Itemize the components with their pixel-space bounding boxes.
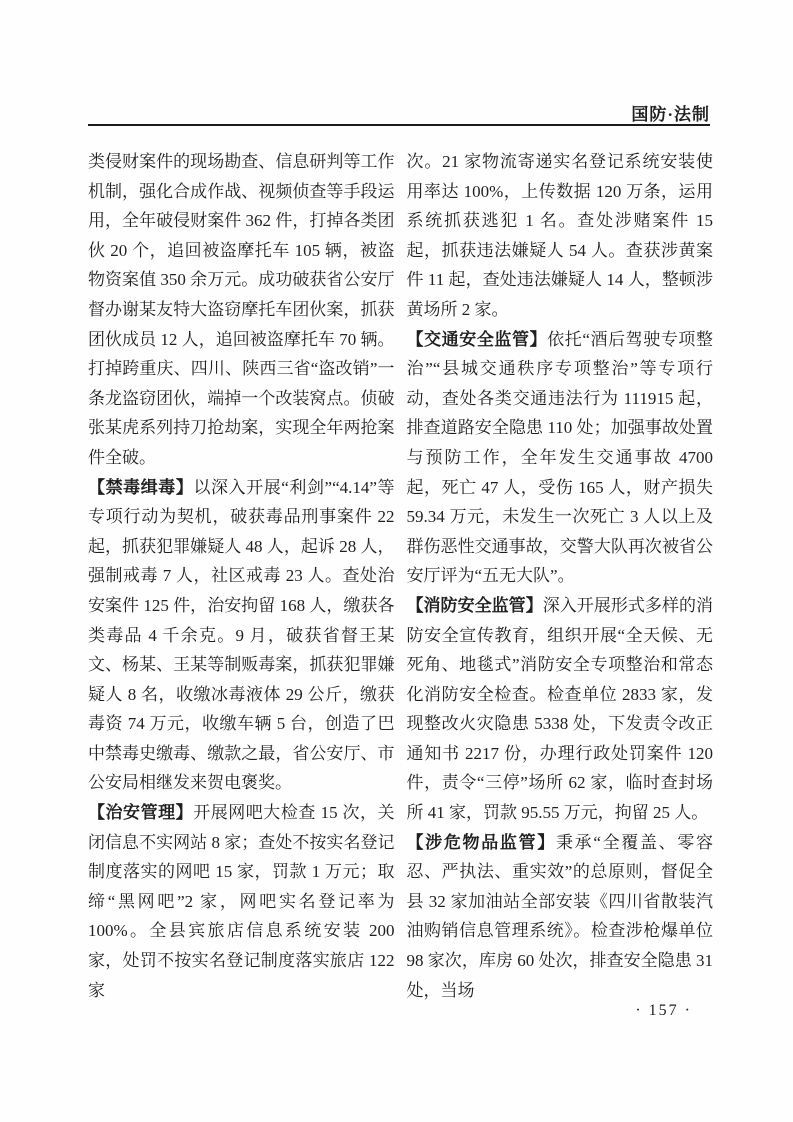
paragraph-hazardous-goods: 【涉危物品监管】秉承“全覆盖、零容忍、严执法、重实效”的总原则，督促全县 32 … [407,828,714,1006]
page-number: · 157 · [635,1002,692,1020]
left-column: 类侵财案件的现场勘查、信息研判等工作机制，强化合成作战、视频侦查等手段运用，全年… [88,147,395,1005]
document-page: 国防·法制 类侵财案件的现场勘查、信息研判等工作机制，强化合成作战、视频侦查等手… [0,0,793,1122]
right-column: 次。21 家物流寄递实名登记系统安装使用率达 100%，上传数据 120 万条，… [407,147,714,1005]
paragraph-text: 次。21 家物流寄递实名登记系统安装使用率达 100%，上传数据 120 万条，… [407,152,714,319]
paragraph-heading: 【涉危物品监管】 [407,833,556,852]
header-rule [88,124,710,126]
paragraph-fire-safety: 【消防安全监管】深入开展形式多样的消防安全宣传教育，组织开展“全天候、无死角、地… [407,591,714,828]
text-columns: 类侵财案件的现场勘查、信息研判等工作机制，强化合成作战、视频侦查等手段运用，全年… [88,147,713,1005]
paragraph-text: 以深入开展“利剑”“4.14”等专项行动为契机，破获毒品刑事案件 22 起，抓获… [88,478,395,793]
paragraph-heading: 【交通安全监管】 [407,330,548,349]
paragraph-continued: 次。21 家物流寄递实名登记系统安装使用率达 100%，上传数据 120 万条，… [407,147,714,325]
paragraph-text: 深入开展形式多样的消防安全宣传教育，组织开展“全天候、无死角、地毯式”消防安全专… [407,596,714,822]
paragraph-heading: 【消防安全监管】 [407,596,543,615]
paragraph-heading: 【禁毒缉毒】 [88,478,193,497]
running-head-section-label: 国防·法制 [631,100,710,125]
paragraph-continued: 类侵财案件的现场勘查、信息研判等工作机制，强化合成作战、视频侦查等手段运用，全年… [88,147,395,473]
paragraph-text: 秉承“全覆盖、零容忍、严执法、重实效”的总原则，督促全县 32 家加油站全部安装… [407,833,714,1000]
paragraph-text: 依托“酒后驾驶专项整治”“县城交通秩序专项整治”等专项行动，查处各类交通违法行为… [407,330,714,586]
paragraph-traffic-safety: 【交通安全监管】依托“酒后驾驶专项整治”“县城交通秩序专项整治”等专项行动，查处… [407,325,714,591]
paragraph-text: 类侵财案件的现场勘查、信息研判等工作机制，强化合成作战、视频侦查等手段运用，全年… [88,152,395,467]
paragraph-heading: 【治安管理】 [88,803,193,822]
paragraph-text: 开展网吧大检查 15 次，关闭信息不实网站 8 家；查处不按实名登记制度落实的网… [88,803,395,1000]
paragraph-public-security: 【治安管理】开展网吧大检查 15 次，关闭信息不实网站 8 家；查处不按实名登记… [88,798,395,1005]
paragraph-drug-enforcement: 【禁毒缉毒】以深入开展“利剑”“4.14”等专项行动为契机，破获毒品刑事案件 2… [88,473,395,799]
